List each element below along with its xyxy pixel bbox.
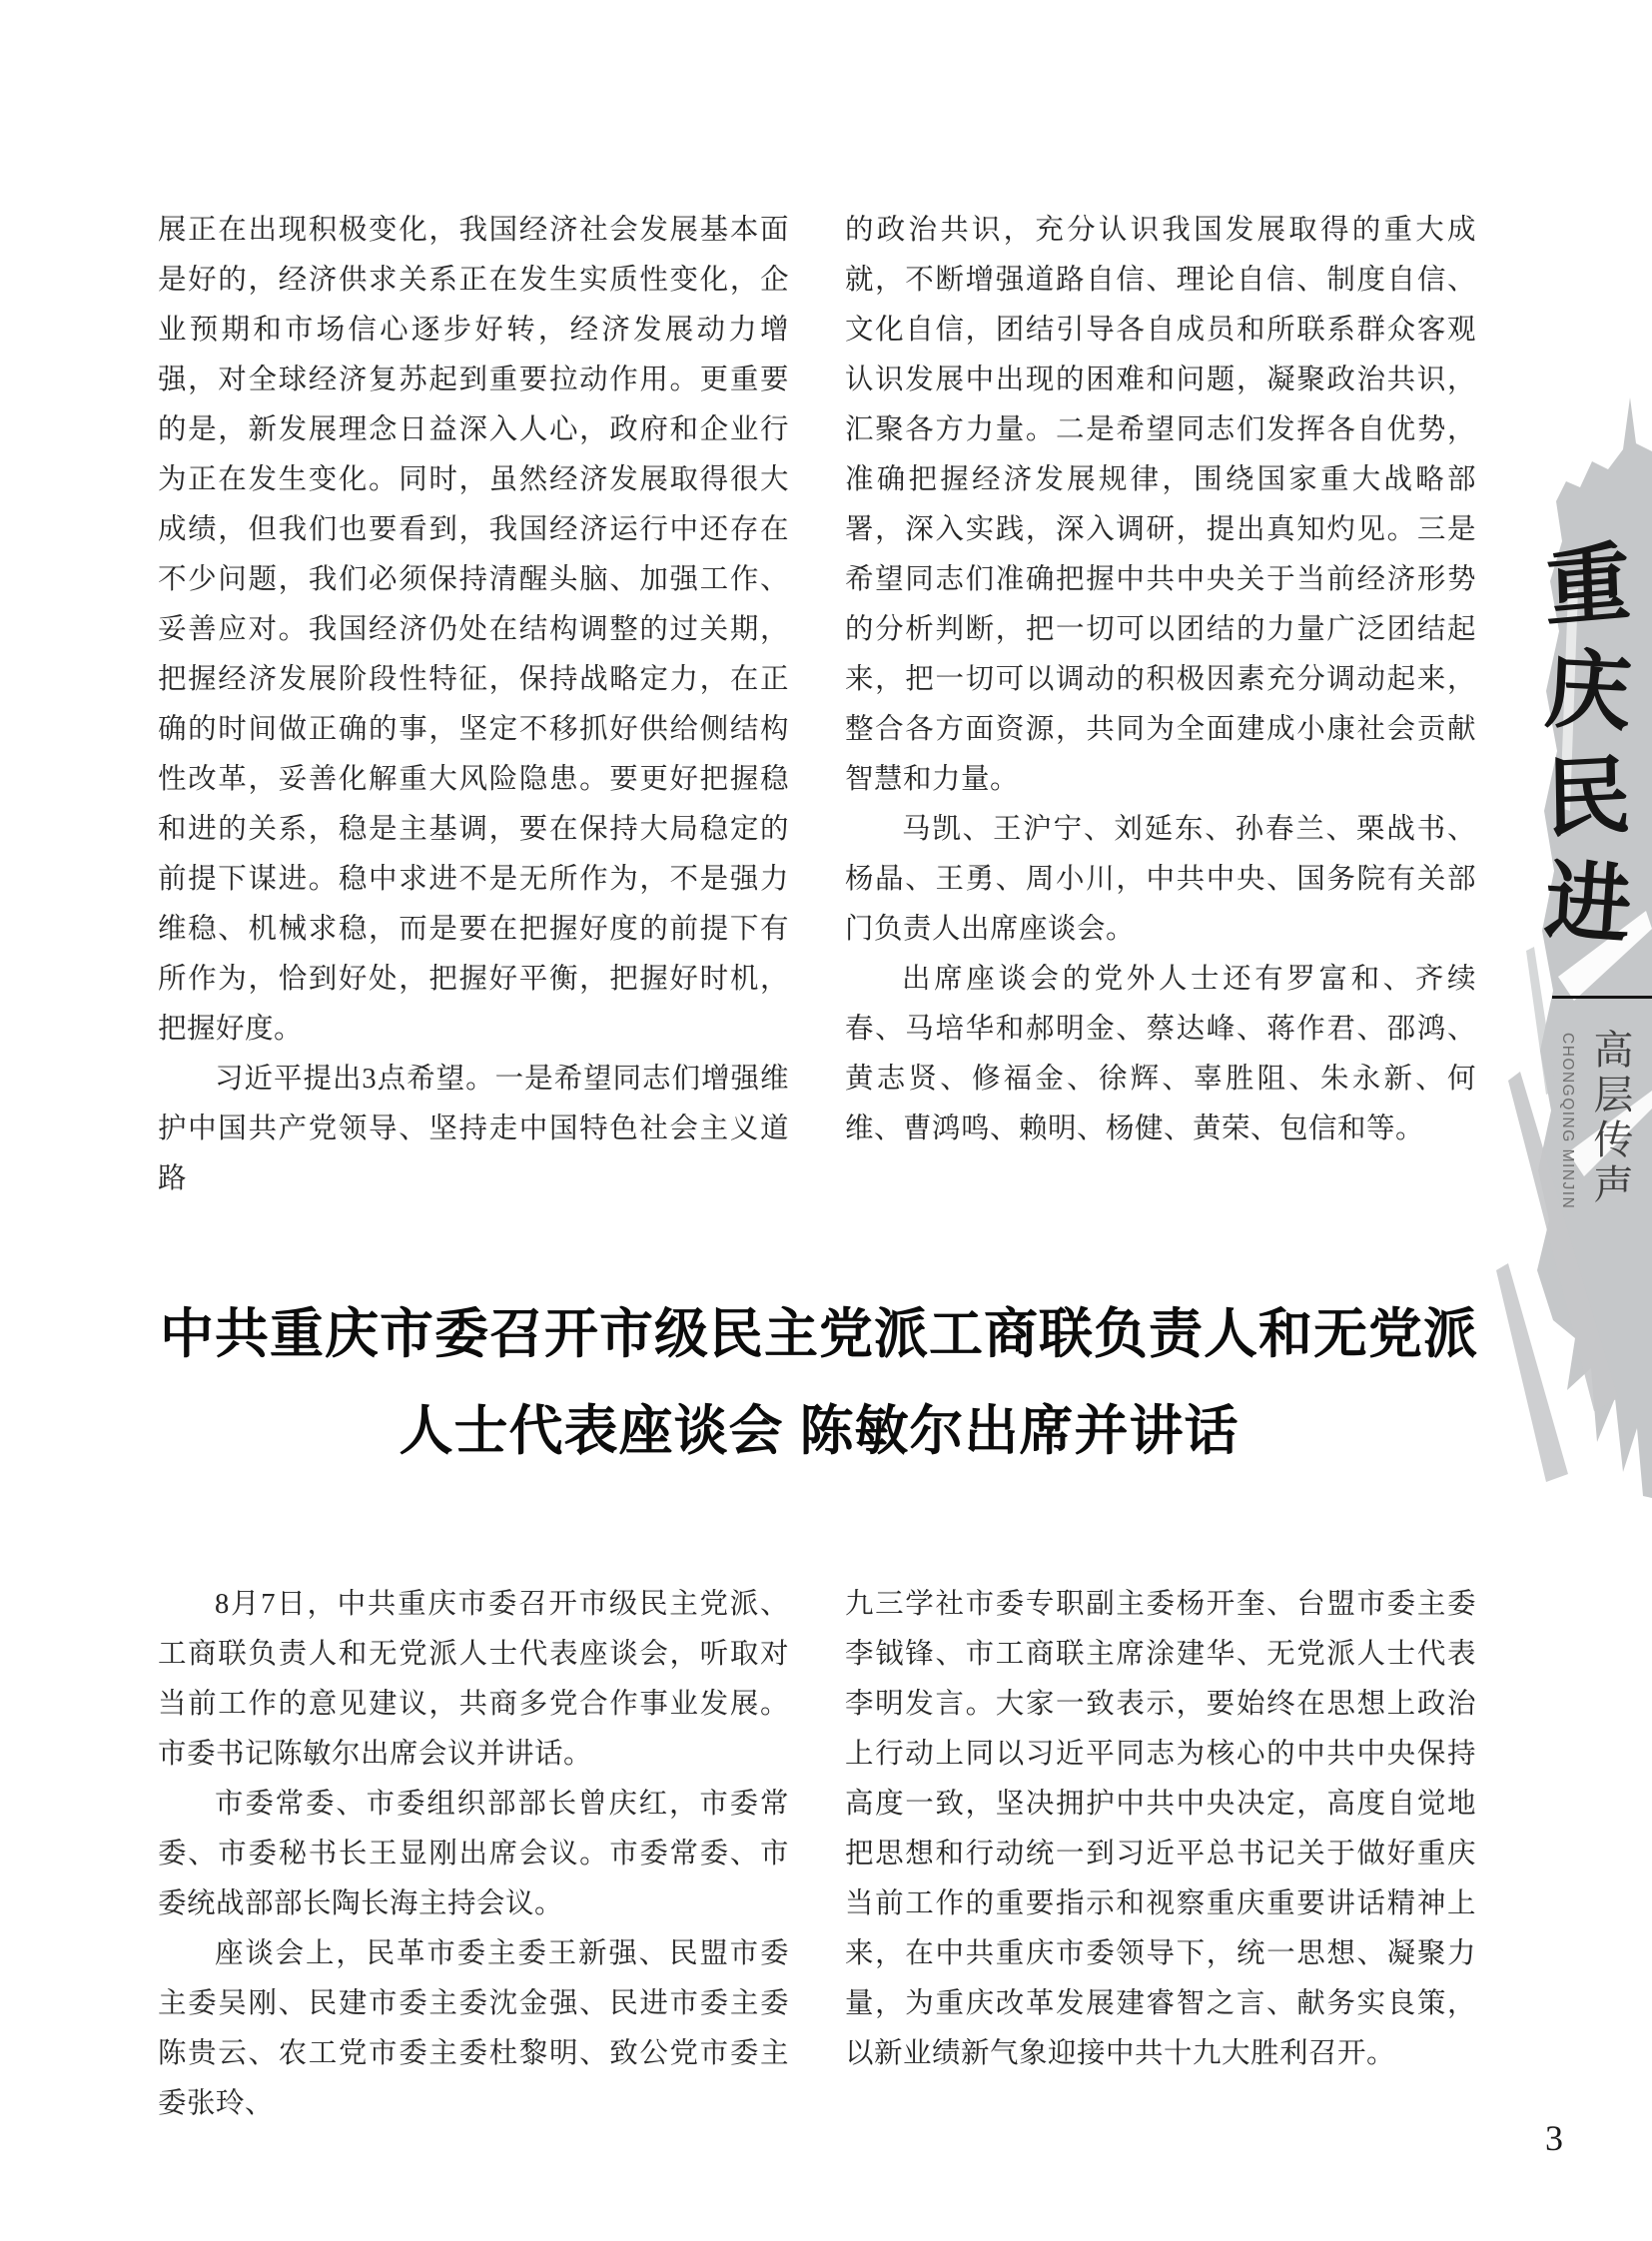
section-title-chinese: 高层传声 — [1582, 1029, 1639, 1208]
bottom-article-left-column: 8月7日，中共重庆市委召开市级民主党派、工商联负责人和无党派人士代表座谈会，听取… — [158, 1580, 789, 2129]
section-title-english: CHONGQING MINJIN — [1558, 1033, 1576, 1209]
headline-line-1: 中共重庆市委召开市级民主党派工商联负责人和无党派 — [120, 1286, 1518, 1383]
masthead-char-3: 民 — [1531, 742, 1645, 854]
paragraph: 九三学社市委专职副主委杨开奎、台盟市委主委李钺锋、市工商联主席涂建华、无党派人士… — [845, 1580, 1476, 2079]
article-headline: 中共重庆市委召开市级民主党派工商联负责人和无党派 人士代表座谈会 陈敏尔出席并讲… — [120, 1286, 1518, 1480]
paragraph: 马凯、王沪宁、刘延东、孙春兰、栗战书、杨晶、王勇、周小川，中共中央、国务院有关部… — [845, 805, 1476, 955]
paragraph: 习近平提出3点希望。一是希望同志们增强维护中国共产党领导、坚持走中国特色社会主义… — [158, 1055, 789, 1204]
page-number: 3 — [1514, 2117, 1594, 2159]
paragraph: 出席座谈会的党外人士还有罗富和、齐续春、马培华和郝明金、蔡达峰、蒋作君、邵鸿、黄… — [845, 955, 1476, 1154]
paragraph: 座谈会上，民革市委主委王新强、民盟市委主委吴刚、民建市委主委沈金强、民进市委主委… — [158, 1929, 789, 2129]
bottom-article-right-column: 九三学社市委专职副主委杨开奎、台盟市委主委李钺锋、市工商联主席涂建华、无党派人士… — [845, 1580, 1476, 2079]
headline-line-2: 人士代表座谈会 陈敏尔出席并讲话 — [120, 1383, 1518, 1480]
masthead-char-4: 进 — [1528, 847, 1647, 961]
sidebar-divider-rule — [1552, 996, 1652, 999]
magazine-page: 展正在出现积极变化，我国经济社会发展基本面是好的，经济供求关系正在发生实质性变化… — [0, 0, 1652, 2241]
top-article-left-column: 展正在出现积极变化，我国经济社会发展基本面是好的，经济供求关系正在发生实质性变化… — [158, 206, 789, 1204]
paragraph: 展正在出现积极变化，我国经济社会发展基本面是好的，经济供求关系正在发生实质性变化… — [158, 206, 789, 1055]
paragraph: 8月7日，中共重庆市委召开市级民主党派、工商联负责人和无党派人士代表座谈会，听取… — [158, 1580, 789, 1780]
paragraph: 市委常委、市委组织部部长曾庆红，市委常委、市委秘书长王显刚出席会议。市委常委、市… — [158, 1780, 789, 1929]
paragraph: 的政治共识，充分认识我国发展取得的重大成就，不断增强道路自信、理论自信、制度自信… — [845, 206, 1476, 805]
masthead-char-1: 重 — [1530, 528, 1645, 644]
masthead-calligraphy: 重 庆 民 进 — [1532, 533, 1644, 957]
masthead-char-2: 庆 — [1529, 636, 1646, 748]
top-article-right-column: 的政治共识，充分认识我国发展取得的重大成就，不断增强道路自信、理论自信、制度自信… — [845, 206, 1476, 1154]
